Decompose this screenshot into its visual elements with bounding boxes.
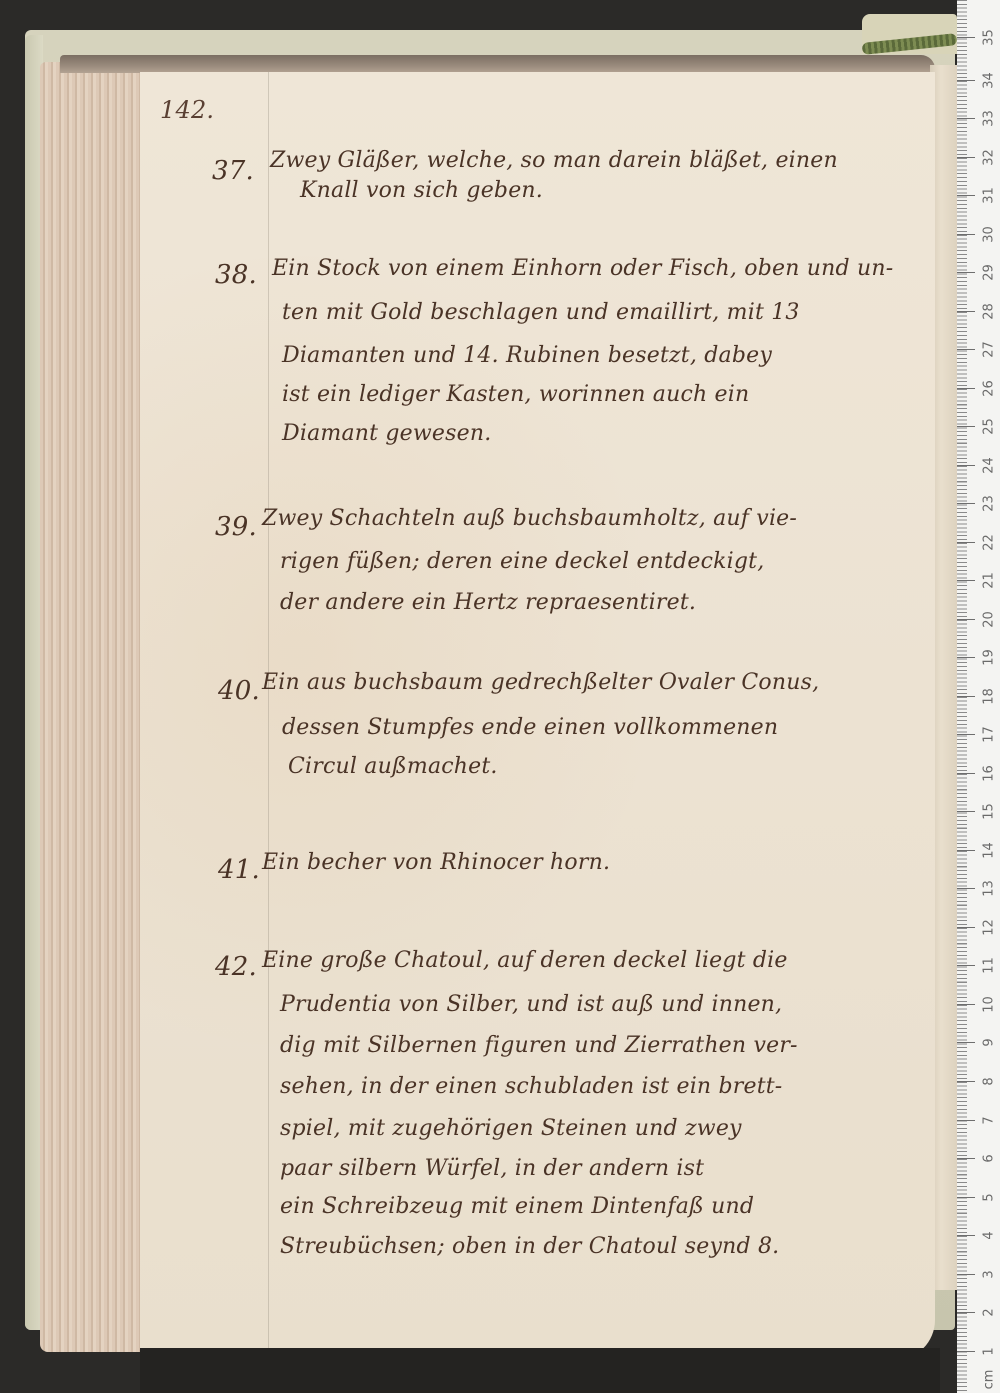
ruler-label: 9 [982,1031,997,1055]
ruler-label: 10 [982,993,997,1017]
entry-line: Prudentia von Silber, und ist auß und in… [280,994,782,1016]
scale-ruler: 35 34 33 32 31 30 29 28 27 26 25 24 23 2… [957,0,1000,1393]
ruler-label: 18 [982,685,997,709]
entry-line: ein Schreibzeug mit einem Dintenfaß und [280,1196,754,1218]
entry-line: Diamant gewesen. [282,423,491,445]
entry-number: 37. [212,158,254,184]
entry-line: ten mit Gold beschlagen und emaillirt, m… [282,302,800,324]
margin-rule [268,72,269,1352]
entry-number: 40. [218,678,260,704]
ruler-label: 6 [982,1147,997,1171]
ruler-label: 17 [982,723,997,747]
entry-line: rigen füßen; deren eine deckel entdeckig… [280,551,764,573]
ruler-label: 5 [982,1186,997,1210]
bottom-background [140,1348,940,1393]
ruler-label: 22 [982,531,997,555]
ruler-label: 12 [982,916,997,940]
ruler-label: 25 [982,415,997,439]
ruler-label: 33 [982,107,997,131]
ruler-label: 1 [982,1340,997,1364]
entry-number: 41. [218,857,260,883]
entry-line: spiel, mit zugehörigen Steinen und zwey [280,1118,742,1140]
entry-number: 42. [215,954,257,980]
ruler-label: 34 [982,69,997,93]
ruler-label: 4 [982,1224,997,1248]
entry-line: ist ein lediger Kasten, worinnen auch ei… [282,384,749,406]
entry-line: dig mit Silbernen figuren und Zierrathen… [280,1035,798,1057]
entry-line: Zwey Schachteln auß buchsbaumholtz, auf … [262,508,797,530]
fore-edge-page-stack [40,62,142,1352]
ruler-label: 26 [982,377,997,401]
ruler-label: 14 [982,839,997,863]
entry-line: dessen Stumpfes ende einen vollkommenen [282,717,778,739]
ruler-label: 20 [982,608,997,632]
ruler-label: 21 [982,569,997,593]
entry-line: Knall von sich geben. [300,180,543,202]
ruler-label: 32 [982,146,997,170]
ruler-unit: cm [982,1368,997,1392]
entry-line: Zwey Gläßer, welche, so man darein bläße… [270,150,838,172]
ruler-label: 19 [982,646,997,670]
manuscript-scan: 142. 37. Zwey Gläßer, welche, so man dar… [0,0,1000,1393]
ruler-label: 27 [982,338,997,362]
ruler-label: 16 [982,762,997,786]
ruler-label: 8 [982,1070,997,1094]
book-head-edge [60,55,935,73]
entry-line: sehen, in der einen schubladen ist ein b… [280,1076,782,1098]
entry-line: Ein becher von Rhinocer horn. [262,852,610,874]
folio-number: 142. [160,98,214,122]
ruler-label: 3 [982,1263,997,1287]
ruler-label: 13 [982,877,997,901]
ruler-label: 30 [982,223,997,247]
ruler-label: 11 [982,954,997,978]
ruler-label: 24 [982,454,997,478]
ruler-label: 2 [982,1301,997,1325]
entry-line: Ein aus buchsbaum gedrechßelter Ovaler C… [262,672,819,694]
ruler-label: 23 [982,492,997,516]
entry-number: 39. [215,514,257,540]
ruler-label: 35 [982,26,997,50]
ruler-label: 15 [982,800,997,824]
ruler-label: 31 [982,184,997,208]
entry-number: 38. [215,262,257,288]
entry-line: Circul außmachet. [288,756,498,778]
ruler-label: 28 [982,300,997,324]
entry-line: der andere ein Hertz repraesentiret. [280,592,696,614]
entry-line: Streubüchsen; oben in der Chatoul seynd … [280,1236,779,1258]
entry-line: Ein Stock von einem Einhorn oder Fisch, … [272,258,893,280]
ruler-label: 29 [982,261,997,285]
ruler-label: 7 [982,1109,997,1133]
entry-line: Diamanten und 14. Rubinen besetzt, dabey [282,345,772,367]
entry-line: Eine große Chatoul, auf deren deckel lie… [262,950,788,972]
entry-line: paar silbern Würfel, in der andern ist [280,1158,704,1180]
